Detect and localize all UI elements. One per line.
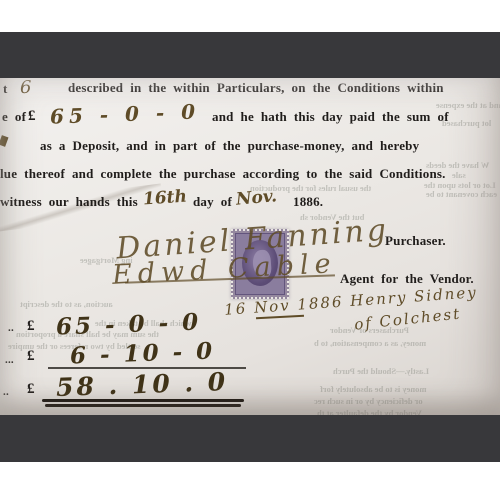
amount-row2-value: 6 - 10 - 0 xyxy=(70,337,216,369)
sum-rule xyxy=(48,367,246,369)
document-photo: and at the expense lot purchased W have … xyxy=(0,78,500,415)
bleedthrough-text: money is to be absolutely forf xyxy=(320,384,426,394)
total-underline-top xyxy=(42,399,244,402)
ink-mark xyxy=(0,135,8,147)
letterbox-top-bar xyxy=(0,32,500,78)
amount-row3-pound: £ xyxy=(27,381,35,398)
handwritten-lot-number: 6 xyxy=(20,78,31,98)
total-underline-bottom xyxy=(45,404,241,407)
printed-line1-prefix: t xyxy=(3,81,8,97)
pound-sign: £ xyxy=(28,108,36,125)
printed-day-of: day of xyxy=(193,194,232,210)
amount-row2-leader: ... xyxy=(5,354,14,366)
printed-line3-text: as a Deposit, and in part of the purchas… xyxy=(40,138,419,154)
handwritten-day: 16th xyxy=(142,186,187,209)
bleedthrough-text: sale xyxy=(452,170,466,180)
bleedthrough-text: lot purchased xyxy=(442,118,491,128)
handwritten-month: Nov. xyxy=(235,186,278,209)
amount-row1-pound: £ xyxy=(27,318,35,335)
amount-row2-pound: £ xyxy=(27,348,35,365)
printed-year: 1886. xyxy=(293,194,323,210)
amount-row3-leader: .. xyxy=(3,386,9,398)
printed-line1-text: described in the within Particulars, on … xyxy=(68,80,444,96)
letterbox-bottom-bar xyxy=(0,415,500,462)
page: and at the expense lot purchased W have … xyxy=(0,0,500,500)
bleedthrough-text: money, as a compensation, to b xyxy=(314,338,426,348)
bleedthrough-text: Lastly.—Should the Purch xyxy=(333,366,429,376)
bleedthrough-text: each covenant to be xyxy=(426,189,497,199)
amount-row3-value: 58 . 10 . 0 xyxy=(56,367,229,402)
printed-line2-prefix: e of xyxy=(2,109,26,125)
bleedthrough-text: Vendor by the defaulter at th xyxy=(317,408,422,415)
printed-line5-prefix: witness our hands this xyxy=(0,194,138,210)
bleedthrough-text: or deficiency by or in such rec xyxy=(314,396,423,406)
amount-row1-leader: .. xyxy=(8,322,14,334)
printed-line2-text: and he hath this day paid the sum of xyxy=(212,109,449,125)
handwritten-price-inline: 65 - 0 - 0 xyxy=(50,99,201,128)
amount-row1-value: 65 - 0 - 0 xyxy=(56,308,202,340)
printed-line4-text: lue thereof and complete the purchase ac… xyxy=(0,166,446,182)
bleedthrough-text: auction, as to the descript xyxy=(20,299,113,309)
purchaser-label: Purchaser. xyxy=(385,233,446,249)
